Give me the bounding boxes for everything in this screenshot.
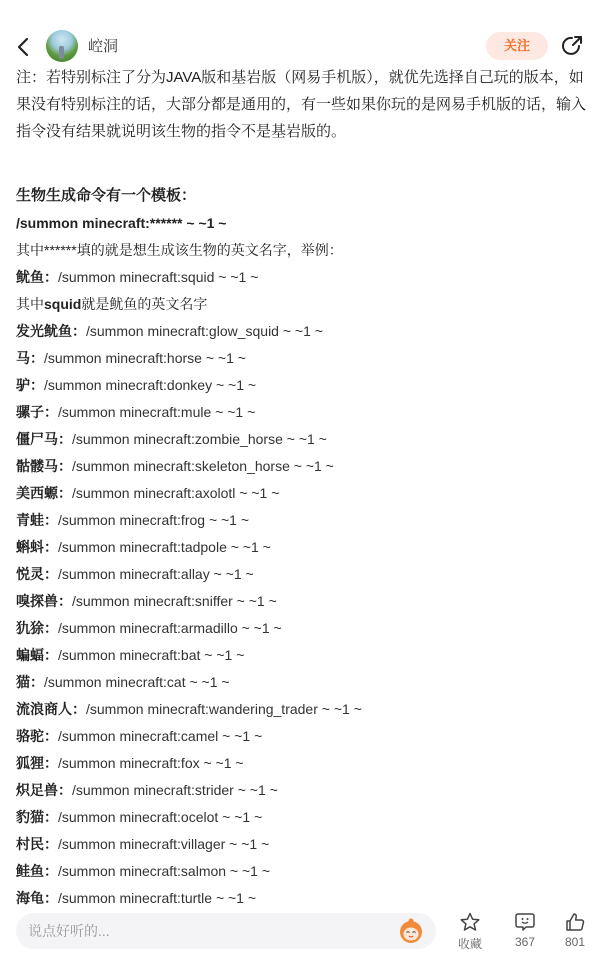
mob-label: 青蛙： xyxy=(16,512,58,528)
article-content: 注：若特别标注了分为JAVA版和基岩版（网易手机版），就优先选择自己玩的版本，如… xyxy=(0,0,600,960)
mob-command: /summon minecraft:tadpole ~ ~1 ~ xyxy=(58,539,271,555)
mob-command-row: 僵尸马：/summon minecraft:zombie_horse ~ ~1 … xyxy=(16,429,327,449)
like-button[interactable]: 801 xyxy=(555,912,595,949)
like-count: 801 xyxy=(555,935,595,949)
mob-label: 流浪商人： xyxy=(16,701,86,717)
mob-label: 猫： xyxy=(16,674,44,690)
mob-command: /summon minecraft:turtle ~ ~1 ~ xyxy=(58,890,256,906)
mob-command-row: 猫：/summon minecraft:cat ~ ~1 ~ xyxy=(16,672,230,692)
mob-command-row: 狐狸：/summon minecraft:fox ~ ~1 ~ xyxy=(16,753,244,773)
mob-command: /summon minecraft:allay ~ ~1 ~ xyxy=(58,566,254,582)
mob-label: 发光鱿鱼： xyxy=(16,323,86,339)
mob-command-row: 嗅探兽：/summon minecraft:sniffer ~ ~1 ~ xyxy=(16,591,277,611)
mob-label: 骡子： xyxy=(16,404,58,420)
mob-command: /summon minecraft:cat ~ ~1 ~ xyxy=(44,674,230,690)
mob-label: 狐狸： xyxy=(16,755,58,771)
mob-label: 蝌蚪： xyxy=(16,539,58,555)
template-command: /summon minecraft:****** ~ ~1 ~ xyxy=(16,213,226,233)
bottom-bar: 收藏 367 801 xyxy=(0,906,600,960)
mob-command-row: 驴：/summon minecraft:donkey ~ ~1 ~ xyxy=(16,375,256,395)
mob-command-row: 马：/summon minecraft:horse ~ ~1 ~ xyxy=(16,348,246,368)
mob-label: 犰狳： xyxy=(16,620,58,636)
top-header: 崆洞 关注 xyxy=(0,0,600,68)
mob-label: 骷髅马： xyxy=(16,458,72,474)
share-button[interactable] xyxy=(561,35,583,57)
avatar[interactable] xyxy=(46,30,78,62)
favorite-button[interactable]: 收藏 xyxy=(450,912,490,952)
mob-command: /summon minecraft:axolotl ~ ~1 ~ xyxy=(72,485,279,501)
mob-command-row: 犰狳：/summon minecraft:armadillo ~ ~1 ~ xyxy=(16,618,282,638)
mob-command-row: 骆驼：/summon minecraft:camel ~ ~1 ~ xyxy=(16,726,262,746)
emoji-mascot-icon xyxy=(397,917,425,945)
chevron-left-icon xyxy=(14,36,34,58)
mob-label: 海龟： xyxy=(16,890,58,906)
mob-label: 炽足兽： xyxy=(16,782,72,798)
template-explanation: 其中******填的就是想生成该生物的英文名字，举例： xyxy=(16,240,343,260)
mob-label: 鲑鱼： xyxy=(16,863,58,879)
comment-input[interactable] xyxy=(16,913,436,949)
mob-command: /summon minecraft:squid ~ ~1 ~ xyxy=(58,269,258,285)
mob-command-row: 悦灵：/summon minecraft:allay ~ ~1 ~ xyxy=(16,564,254,584)
mob-command-row: 青蛙：/summon minecraft:frog ~ ~1 ~ xyxy=(16,510,249,530)
mob-command-row: 骷髅马：/summon minecraft:skeleton_horse ~ ~… xyxy=(16,456,334,476)
mob-command: /summon minecraft:frog ~ ~1 ~ xyxy=(58,512,249,528)
mob-label: 僵尸马： xyxy=(16,431,72,447)
mob-label: 豹猫： xyxy=(16,809,58,825)
back-button[interactable] xyxy=(14,36,34,58)
username[interactable]: 崆洞 xyxy=(88,35,118,56)
comment-count: 367 xyxy=(505,935,545,949)
mob-command-row: 骡子：/summon minecraft:mule ~ ~1 ~ xyxy=(16,402,255,422)
mob-label: 悦灵： xyxy=(16,566,58,582)
favorite-label: 收藏 xyxy=(450,935,490,952)
mob-label: 鱿鱼： xyxy=(16,269,58,285)
mob-command: /summon minecraft:villager ~ ~1 ~ xyxy=(58,836,269,852)
emoji-button[interactable] xyxy=(397,917,425,945)
mob-command: /summon minecraft:strider ~ ~1 ~ xyxy=(72,782,278,798)
mob-command-row: 豹猫：/summon minecraft:ocelot ~ ~1 ~ xyxy=(16,807,262,827)
mob-command: /summon minecraft:ocelot ~ ~1 ~ xyxy=(58,809,262,825)
intro-note: 注：若特别标注了分为JAVA版和基岩版（网易手机版），就优先选择自己玩的版本，如… xyxy=(16,64,586,145)
note-text: 就是鱿鱼的英文名字 xyxy=(81,296,207,312)
mob-label: 嗅探兽： xyxy=(16,593,72,609)
mob-command-row: 流浪商人：/summon minecraft:wandering_trader … xyxy=(16,699,362,719)
mob-command-row: 村民：/summon minecraft:villager ~ ~1 ~ xyxy=(16,834,269,854)
mob-command: /summon minecraft:mule ~ ~1 ~ xyxy=(58,404,255,420)
comment-icon xyxy=(514,912,536,932)
mob-command: /summon minecraft:horse ~ ~1 ~ xyxy=(44,350,246,366)
comment-button[interactable]: 367 xyxy=(505,912,545,949)
mob-label: 美西螈： xyxy=(16,485,72,501)
mob-label: 村民： xyxy=(16,836,58,852)
mob-command-row: 炽足兽：/summon minecraft:strider ~ ~1 ~ xyxy=(16,780,278,800)
thumbs-up-icon xyxy=(564,912,586,932)
mob-command-row: 蝌蚪：/summon minecraft:tadpole ~ ~1 ~ xyxy=(16,537,271,557)
mob-command-row: 蝙蝠：/summon minecraft:bat ~ ~1 ~ xyxy=(16,645,244,665)
mob-command: /summon minecraft:donkey ~ ~1 ~ xyxy=(44,377,256,393)
mob-label: 骆驼： xyxy=(16,728,58,744)
star-icon xyxy=(459,912,481,932)
mob-command: /summon minecraft:zombie_horse ~ ~1 ~ xyxy=(72,431,327,447)
mob-command-row: 发光鱿鱼：/summon minecraft:glow_squid ~ ~1 ~ xyxy=(16,321,323,341)
mob-command: /summon minecraft:wandering_trader ~ ~1 … xyxy=(86,701,362,717)
mob-label: 驴： xyxy=(16,377,44,393)
template-heading: 生物生成命令有一个模板： xyxy=(16,186,196,206)
example-line: 鱿鱼：/summon minecraft:squid ~ ~1 ~ xyxy=(16,267,258,287)
mob-command: /summon minecraft:salmon ~ ~1 ~ xyxy=(58,863,270,879)
mob-command: /summon minecraft:glow_squid ~ ~1 ~ xyxy=(86,323,323,339)
example-note: 其中squid就是鱿鱼的英文名字 xyxy=(16,294,207,314)
mob-command: /summon minecraft:camel ~ ~1 ~ xyxy=(58,728,262,744)
mob-label: 蝙蝠： xyxy=(16,647,58,663)
mob-command-row: 美西螈：/summon minecraft:axolotl ~ ~1 ~ xyxy=(16,483,279,503)
share-icon xyxy=(561,35,583,57)
mob-command: /summon minecraft:sniffer ~ ~1 ~ xyxy=(72,593,277,609)
mob-command: /summon minecraft:bat ~ ~1 ~ xyxy=(58,647,244,663)
note-bold: squid xyxy=(44,296,81,312)
follow-button[interactable]: 关注 xyxy=(486,32,548,60)
note-text: 其中 xyxy=(16,296,44,312)
mob-command: /summon minecraft:skeleton_horse ~ ~1 ~ xyxy=(72,458,334,474)
mob-command-row: 鲑鱼：/summon minecraft:salmon ~ ~1 ~ xyxy=(16,861,270,881)
mob-command-row: 海龟：/summon minecraft:turtle ~ ~1 ~ xyxy=(16,888,256,908)
avatar-figure xyxy=(59,46,64,59)
mob-label: 马： xyxy=(16,350,44,366)
mob-command: /summon minecraft:armadillo ~ ~1 ~ xyxy=(58,620,282,636)
mob-command: /summon minecraft:fox ~ ~1 ~ xyxy=(58,755,244,771)
